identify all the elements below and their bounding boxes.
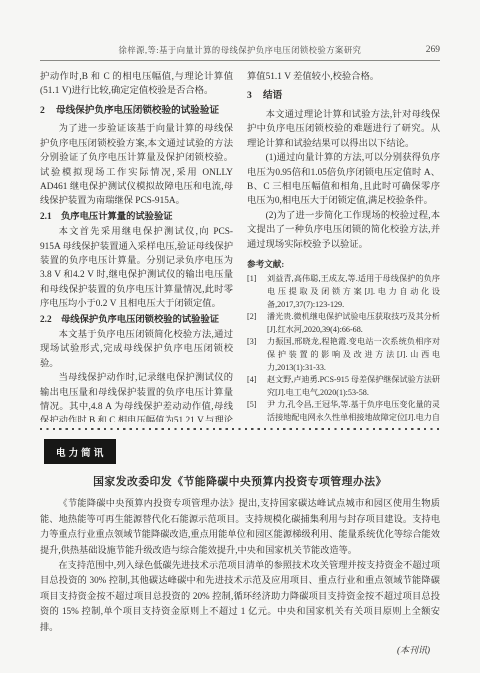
reference-text: 潘光贵.微机继电保护试验电压获取技巧及其分析[J].红水河,2020,39(4)… — [260, 311, 440, 336]
news-badge: 电力简讯 — [44, 439, 116, 464]
reference-index: [3] — [247, 336, 260, 374]
reference-item: [1] 刘益青,高伟聪,王成友,等.适用于母线保护的负序电压提取及闭锁方案[J]… — [247, 273, 440, 311]
section-2-2-number: 2.2 — [40, 313, 61, 327]
right-column: 算值51.1 V 差值较小,校验合格。 3 结语 本文通过理论计算和试验方法,针… — [247, 70, 440, 422]
news-paragraph-1: 《节能降碳中央预算内投资专项管理办法》提出,支持国家碳达峰试点城市和园区使用生物… — [40, 496, 440, 558]
section-3-number: 3 — [247, 89, 263, 104]
references-heading: 参考文献: — [247, 257, 440, 271]
header-rule — [40, 60, 440, 61]
reference-text: 尹 力,孔令昌,王冠华,等.基于负序电压变化量的灵活接地配电网永久性单相接地故障… — [260, 399, 440, 422]
section-3-title: 结语 — [263, 89, 440, 104]
running-title: 徐梓源,等:基于向量计算的母线保护负序电压闭锁校验方案研究 — [119, 46, 362, 55]
section-2-paragraph-1: 为了进一步验证该基于向量计算的母线保护负序电压闭锁校验方案,本文通过试验的方法分… — [40, 122, 233, 208]
running-header: 徐梓源,等:基于向量计算的母线保护负序电压闭锁校验方案研究 269 — [40, 46, 440, 56]
reference-index: [5] — [247, 399, 260, 422]
left-column: 护动作时,B 和 C 的相电压幅值,与理论计算值(51.1 V)进行比较,确定定… — [40, 70, 233, 422]
section-2-1-title: 负序电压计算量的试验验证 — [61, 210, 233, 224]
section-2-2-heading: 2.2 母线保护负序电压闭锁校验的试验验证 — [40, 313, 233, 327]
page-number: 269 — [426, 45, 440, 55]
section-2-heading: 2 母线保护负序电压闭锁校验的试验验证 — [40, 104, 233, 119]
section-2-2-paragraph-1: 本文基于负序电压闭锁简化校验方法,通过现场试验形式,完成母线保护负序电压闭锁校验… — [40, 328, 233, 371]
news-title: 国家发改委印发《节能降碳中央预算内投资专项管理办法》 — [40, 474, 440, 489]
reference-text: 赵文野,卢迪勇.PCS-915 母差保护继保试验方法研究[J].电工电气,202… — [260, 374, 440, 399]
reference-index: [1] — [247, 273, 260, 311]
reference-text: 刘益青,高伟聪,王成友,等.适用于母线保护的负序电压提取及闭锁方案[J].电力自… — [260, 273, 440, 311]
reference-index: [2] — [247, 311, 260, 336]
section-2-title: 母线保护负序电压闭锁校验的试验验证 — [56, 104, 233, 119]
carryover-paragraph: 算值51.1 V 差值较小,校验合格。 — [247, 70, 440, 84]
conclusion-paragraph-1: 本文通过理论计算和试验方法,针对母线保护中负序电压闭锁校验的难题进行了研究。从理… — [247, 108, 440, 151]
conclusion-paragraph-2: (1)通过向量计算的方法,可以分别获得负序电压为0.95倍和1.05倍负序闭锁电… — [247, 151, 440, 209]
section-2-2-title: 母线保护负序电压闭锁校验的试验验证 — [61, 313, 233, 327]
section-2-number: 2 — [40, 104, 56, 119]
section-2-1-number: 2.1 — [40, 210, 61, 224]
reference-index: [4] — [247, 374, 260, 399]
conclusion-paragraph-3: (2)为了进一步简化工作现场的校验过程,本文提出了一种负序电压闭锁的简化校验方法… — [247, 209, 440, 252]
carryover-paragraph: 护动作时,B 和 C 的相电压幅值,与理论计算值(51.1 V)进行比较,确定定… — [40, 70, 233, 99]
reference-item: [3] 力振国,邢晓龙,程艳霞.变电站一次系统负相序对保护装置的影响及改进方法[… — [247, 336, 440, 374]
reference-item: [4] 赵文野,卢迪勇.PCS-915 母差保护继保试验方法研究[J].电工电气… — [247, 374, 440, 399]
reference-text: 力振国,邢晓龙,程艳霞.变电站一次系统负相序对保护装置的影响及改进方法[J].山… — [260, 336, 440, 374]
section-3-heading: 3 结语 — [247, 89, 440, 104]
article-body: 护动作时,B 和 C 的相电压幅值,与理论计算值(51.1 V)进行比较,确定定… — [40, 70, 440, 422]
references-list: [1] 刘益青,高伟聪,王成友,等.适用于母线保护的负序电压提取及闭锁方案[J]… — [247, 273, 440, 422]
section-2-1-heading: 2.1 负序电压计算量的试验验证 — [40, 210, 233, 224]
news-paragraph-2: 在支持范围中,列入绿色低碳先进技术示范项目清单的参照技术攻关管理并按支持资金不超… — [40, 558, 440, 635]
reference-item: [5] 尹 力,孔令昌,王冠华,等.基于负序电压变化量的灵活接地配电网永久性单相… — [247, 399, 440, 422]
news-brief-section: 电力简讯 国家发改委印发《节能降碳中央预算内投资专项管理办法》 《节能降碳中央预… — [40, 430, 440, 656]
journal-page: 徐梓源,等:基于向量计算的母线保护负序电压闭锁校验方案研究 269 护动作时,B… — [0, 0, 480, 673]
section-2-2-paragraph-2: 当母线保护动作时,记录继电保护测试仪的输出电压量和母线保护装置的负序电压计算量情… — [40, 371, 233, 422]
section-2-1-paragraph: 本文首先采用继电保护测试仪,向 PCS-915A 母线保护装置通入采样电压,验证… — [40, 225, 233, 311]
reference-item: [2] 潘光贵.微机继电保护试验电压获取技巧及其分析[J].红水河,2020,3… — [247, 311, 440, 336]
news-byline: (本刊讯) — [40, 643, 440, 656]
